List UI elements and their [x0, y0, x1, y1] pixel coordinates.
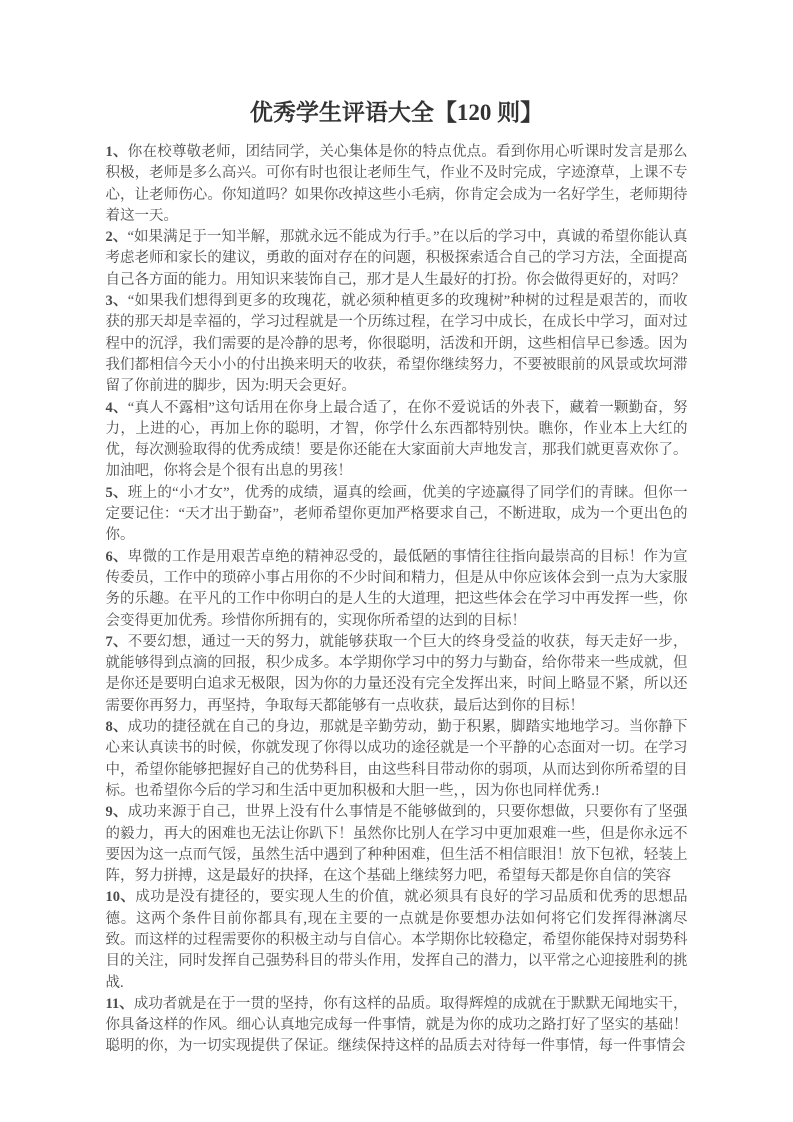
paragraph-number: 3、 — [106, 293, 128, 309]
comment-paragraph-9: 9、成功来源于自己，世界上没有什么事情是不能够做到的，只要你想做，只要你有了坚强… — [106, 802, 688, 887]
paragraph-text: “真人不露相”这句话用在你身上最合适了，在你不爱说话的外表下，藏着一颗勤奋，努力… — [106, 400, 688, 480]
comment-paragraph-10: 10、成功是没有捷径的，要实现人生的价值，就必须具有良好的学习品质和优秀的思想品… — [106, 887, 688, 993]
comment-paragraph-11: 11、成功者就是在于一贯的坚持，你有这样的品质。取得辉煌的成就在于默默无闻地实干… — [106, 994, 688, 1058]
paragraph-text: 卑微的工作是用艰苦卓绝的精神忍受的，最低陋的事情往往指向最崇高的目标！作为宣传委… — [106, 549, 688, 629]
paragraph-text: 班上的“小才女”，优秀的成绩，逼真的绘画，优美的字迹赢得了同学们的青睐。但你一定… — [106, 485, 688, 544]
comment-paragraph-2: 2、“如果满足于一知半解，那就永远不能成为行手。”在以后的学习中，真诚的希望你能… — [106, 227, 688, 291]
document-title: 优秀学生评语大全【120 则】 — [0, 0, 793, 129]
document-page: 优秀学生评语大全【120 则】 1、你在校尊敬老师，团结同学，关心集体是你的特点… — [0, 0, 793, 1122]
comment-paragraph-3: 3、“如果我们想得到更多的玫瑰花，就必须种植更多的玫瑰树”种树的过程是艰苦的，而… — [106, 291, 688, 397]
paragraph-number: 11、 — [106, 996, 134, 1012]
comment-paragraph-8: 8、成功的捷径就在自己的身边，那就是辛勤劳动，勤于积累，脚踏实地地学习。当你静下… — [106, 717, 688, 802]
paragraph-number: 9、 — [106, 804, 128, 820]
paragraph-number: 2、 — [106, 229, 128, 245]
comment-paragraph-6: 6、卑微的工作是用艰苦卓绝的精神忍受的，最低陋的事情往往指向最崇高的目标！作为宣… — [106, 547, 688, 632]
comment-paragraph-7: 7、不要幻想，通过一天的努力，就能够获取一个巨大的终身受益的收获，每天走好一步，… — [106, 632, 688, 717]
paragraph-text: 不要幻想，通过一天的努力，就能够获取一个巨大的终身受益的收获，每天走好一步，就能… — [106, 634, 688, 714]
document-body: 1、你在校尊敬老师，团结同学，关心集体是你的特点优点。看到你用心听课时发言是那么… — [106, 142, 688, 1058]
paragraph-number: 4、 — [106, 400, 128, 416]
paragraph-number: 8、 — [106, 719, 128, 735]
paragraph-text: 成功的捷径就在自己的身边，那就是辛勤劳动，勤于积累，脚踏实地地学习。当你静下心来… — [106, 719, 688, 799]
paragraph-number: 7、 — [106, 634, 128, 650]
paragraph-text: 你在校尊敬老师，团结同学，关心集体是你的特点优点。看到你用心听课时发言是那么积极… — [106, 144, 688, 224]
comment-paragraph-1: 1、你在校尊敬老师，团结同学，关心集体是你的特点优点。看到你用心听课时发言是那么… — [106, 142, 688, 227]
paragraph-number: 1、 — [106, 144, 128, 160]
paragraph-text: 成功来源于自己，世界上没有什么事情是不能够做到的，只要你想做，只要你有了坚强的毅… — [106, 804, 688, 884]
comment-paragraph-5: 5、班上的“小才女”，优秀的成绩，逼真的绘画，优美的字迹赢得了同学们的青睐。但你… — [106, 483, 688, 547]
paragraph-text: 成功是没有捷径的，要实现人生的价值，就必须具有良好的学习品质和优秀的思想品德。这… — [106, 889, 688, 990]
paragraph-text: “如果满足于一知半解，那就永远不能成为行手。”在以后的学习中，真诚的希望你能认真… — [106, 229, 688, 288]
paragraph-number: 5、 — [106, 485, 128, 501]
comment-paragraph-4: 4、“真人不露相”这句话用在你身上最合适了，在你不爱说话的外表下，藏着一颗勤奋，… — [106, 398, 688, 483]
paragraph-text: “如果我们想得到更多的玫瑰花，就必须种植更多的玫瑰树”种树的过程是艰苦的，而收获… — [106, 293, 688, 394]
paragraph-number: 6、 — [106, 549, 128, 565]
paragraph-text: 成功者就是在于一贯的坚持，你有这样的品质。取得辉煌的成就在于默默无闻地实干，你具… — [106, 996, 688, 1055]
paragraph-number: 10、 — [106, 889, 136, 905]
